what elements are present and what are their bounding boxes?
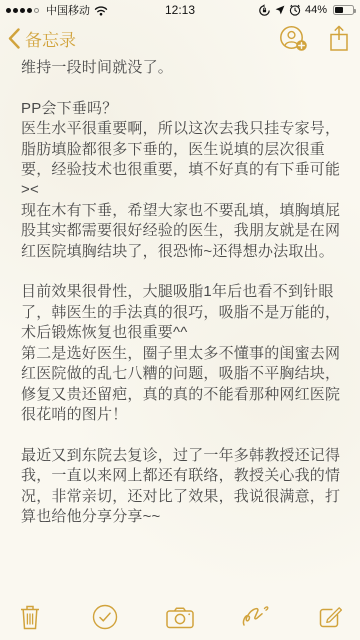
note-line: >< — [21, 180, 340, 200]
wifi-icon — [94, 5, 108, 16]
squiggle-icon — [240, 604, 270, 630]
add-contact-button[interactable] — [279, 25, 308, 52]
note-line: 第二是选好医生，圈子里太多不懂事的闺蜜去网 — [21, 344, 340, 364]
clock-label: 12:13 — [165, 3, 195, 17]
note-line: 术后锻炼恢复也很重要^^ — [21, 323, 340, 343]
signal-strength-icon — [6, 8, 39, 13]
back-chevron-icon — [8, 28, 20, 49]
share-button[interactable] — [328, 25, 350, 52]
camera-icon — [165, 605, 195, 629]
note-line: 目前效果很骨性，大腿吸脂1年后也看不到针眼 — [21, 282, 340, 302]
compose-icon — [316, 603, 344, 631]
delete-note-button[interactable] — [13, 600, 47, 634]
compose-button[interactable] — [313, 600, 347, 634]
status-bar: 中国移动 12:13 44% — [0, 0, 360, 20]
status-bar-right: 44% — [195, 4, 354, 17]
note-line: 医生水平很重要啊，所以这次去我只挂专家号， — [21, 119, 340, 139]
note-line: 脂肪填脸都很多下垂的，医生说填的层次很重 — [21, 140, 340, 160]
checklist-button[interactable] — [88, 600, 122, 634]
note-line: 最近又到东院去复诊，过了一年多韩教授还记得 — [21, 446, 340, 466]
note-line: 很花哨的图片！ — [21, 405, 340, 425]
battery-percent-label: 44% — [305, 4, 327, 16]
note-line: 红医院做的乱七八糟的问题，吸脂不平胸结块， — [21, 364, 340, 384]
location-icon — [275, 5, 285, 15]
note-line: 修复又贵还留疤，真的真的不能看那种网红医院 — [21, 385, 340, 405]
status-bar-left: 中国移动 — [6, 2, 165, 18]
sketch-button[interactable] — [238, 600, 272, 634]
note-line: 了，韩医生的手法真的很巧，吸脂不是万能的， — [21, 303, 340, 323]
carrier-label: 中国移动 — [46, 2, 90, 18]
note-line: 算也给他分享分享~~ — [21, 507, 340, 527]
note-line: 维持一段时间就没了。 — [21, 58, 340, 78]
battery-icon — [333, 5, 354, 15]
note-line: PP会下垂吗？ — [21, 99, 340, 119]
note-body[interactable]: 维持一段时间就没了。 PP会下垂吗？医生水平很重要啊，所以这次去我只挂专家号，脂… — [0, 56, 360, 527]
note-line — [21, 78, 340, 98]
camera-button[interactable] — [163, 600, 197, 634]
nav-bar: 备忘录 — [0, 20, 360, 56]
trash-icon — [17, 602, 43, 632]
note-line: 现在木有下垂，希望大家也不要乱填，填胸填屁 — [21, 201, 340, 221]
note-line: 况，非常亲切，还对比了效果，我说很满意，打 — [21, 487, 340, 507]
notes-app-screen: 中国移动 12:13 44% — [0, 0, 360, 640]
note-line — [21, 425, 340, 445]
rotation-lock-icon — [258, 4, 271, 17]
note-line: 我，一直以来网上都还有联络，教授关心我的情 — [21, 466, 340, 486]
note-line: 要，经验技术也很重要，填不好真的有下垂可能 — [21, 160, 340, 180]
back-button-label: 备忘录 — [25, 26, 76, 51]
note-line: 股其实都需要很好经验的医生，我朋友就是在网 — [21, 221, 340, 241]
nav-actions — [279, 25, 350, 52]
alarm-icon — [289, 4, 301, 16]
back-button[interactable]: 备忘录 — [8, 26, 76, 51]
checkmark-circle-icon — [91, 603, 119, 631]
note-line: 红医院填胸结块了，很恐怖~还得想办法取出。 — [21, 242, 340, 262]
bottom-toolbar — [0, 594, 360, 640]
note-line — [21, 262, 340, 282]
